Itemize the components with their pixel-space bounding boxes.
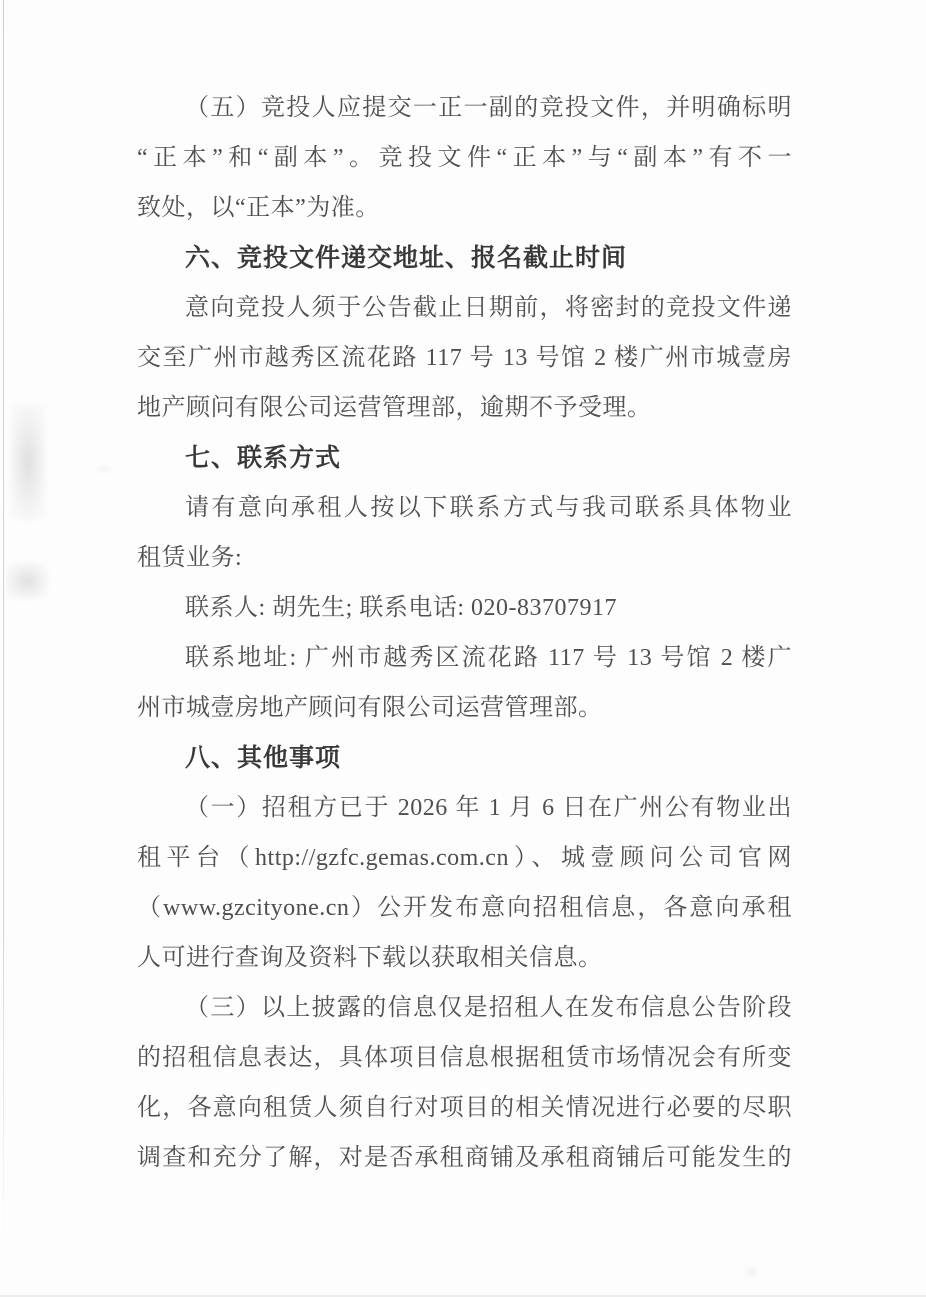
body-text-line: 人可进行查询及资料下载以获取相关信息。: [137, 933, 792, 983]
body-text-line: （www.gzcityone.cn）公开发布意向招租信息，各意向承租: [137, 883, 792, 933]
body-text-line: 联系人: 胡先生; 联系电话: 020-83707917: [137, 583, 792, 633]
document-body: （五）竞投人应提交一正一副的竞投文件，并明确标明“正本”和“副本”。竞投文件“正…: [137, 83, 792, 1183]
body-text-line: 请有意向承租人按以下联系方式与我司联系具体物业: [137, 483, 792, 533]
body-text-line: 租平台（http://gzfc.gemas.com.cn）、城壹顾问公司官网: [137, 833, 792, 883]
scan-edge-line: [3, 0, 4, 1250]
body-text-line: 交至广州市越秀区流花路 117 号 13 号馆 2 楼广州市城壹房: [137, 333, 792, 383]
scan-smudge: [6, 563, 48, 599]
body-text-line: 调查和充分了解，对是否承租商铺及承租商铺后可能发生的: [137, 1133, 792, 1183]
body-text-line: 意向竞投人须于公告截止日期前，将密封的竞投文件递: [137, 283, 792, 333]
scan-smudge: [96, 466, 112, 472]
body-text-line: 化，各意向租赁人须自行对项目的相关情况进行必要的尽职: [137, 1083, 792, 1133]
body-text-line: （一）招租方已于 2026 年 1 月 6 日在广州公有物业出: [137, 783, 792, 833]
body-text-line: 的招租信息表达，具体项目信息根据租赁市场情况会有所变: [137, 1033, 792, 1083]
section-heading-line: 八、其他事项: [137, 733, 792, 783]
body-text-line: 致处，以“正本”为准。: [137, 183, 792, 233]
body-text-line: 州市城壹房地产顾问有限公司运营管理部。: [137, 683, 792, 733]
body-text-line: 租赁业务:: [137, 533, 792, 583]
body-text-line: “正本”和“副本”。竞投文件“正本”与“副本”有不一: [137, 133, 792, 183]
body-text-line: 地产顾问有限公司运营管理部，逾期不予受理。: [137, 383, 792, 433]
body-text-line: 联系地址: 广州市越秀区流花路 117 号 13 号馆 2 楼广: [137, 633, 792, 683]
body-text-line: （五）竞投人应提交一正一副的竞投文件，并明确标明: [137, 83, 792, 133]
scanned-document-page: （五）竞投人应提交一正一副的竞投文件，并明确标明“正本”和“副本”。竞投文件“正…: [0, 0, 926, 1297]
body-text-line: （三）以上披露的信息仅是招租人在发布信息公告阶段: [137, 983, 792, 1033]
section-heading-line: 七、联系方式: [137, 433, 792, 483]
section-heading-line: 六、竞投文件递交地址、报名截止时间: [137, 233, 792, 283]
scan-smudge: [10, 405, 46, 520]
scan-smudge: [744, 1266, 758, 1278]
